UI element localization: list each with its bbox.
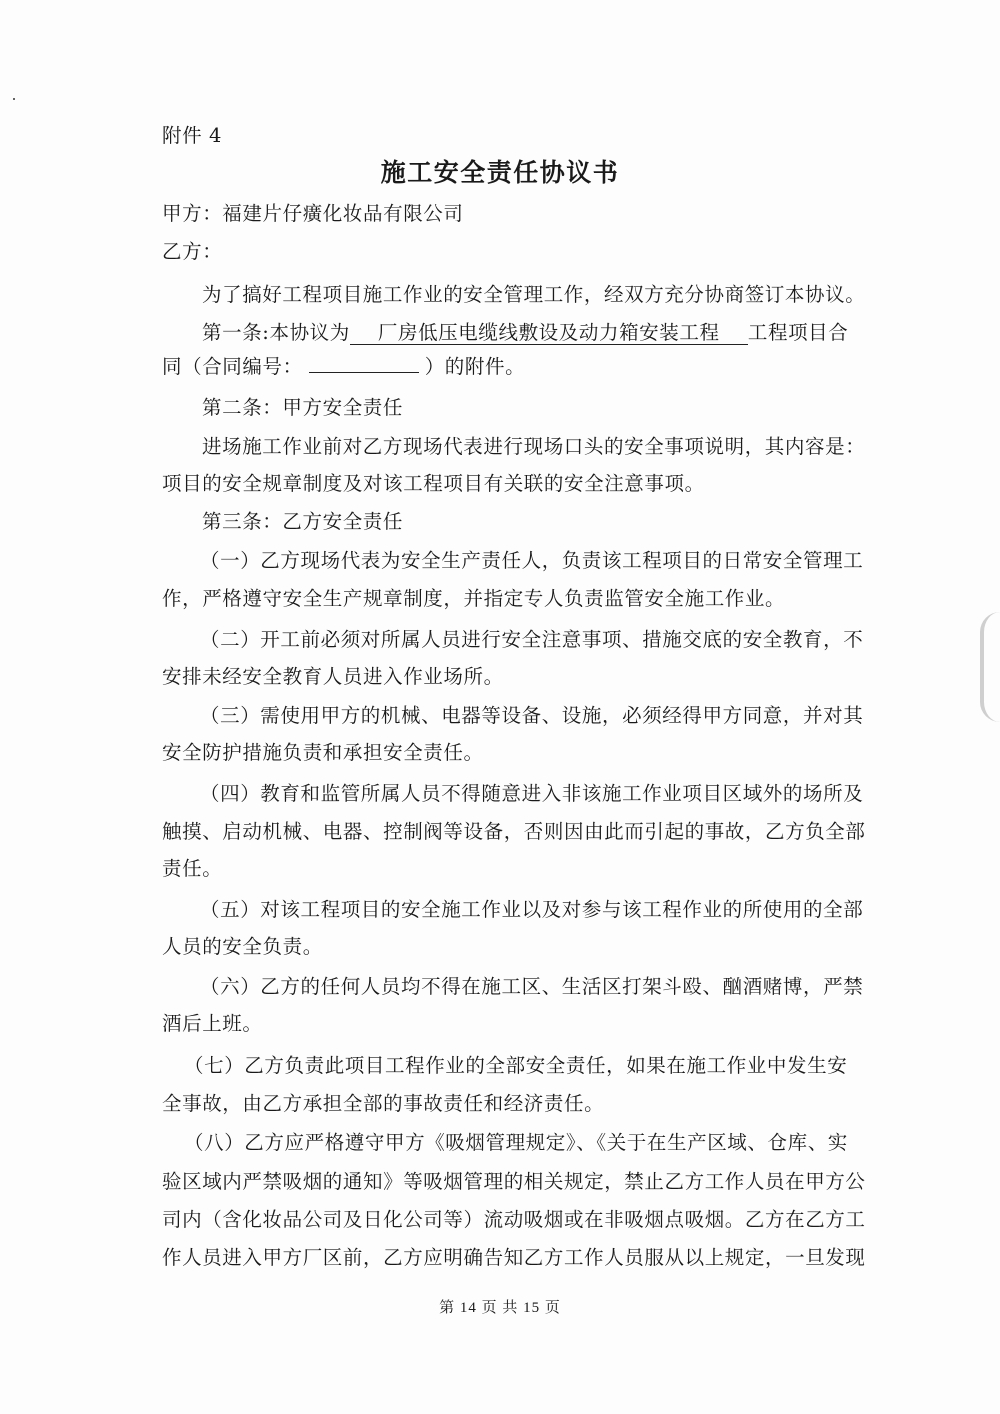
project-name-field: 厂房低压电缆线敷设及动力箱安装工程 — [350, 322, 748, 345]
contract-number-label: 同（合同编号： — [162, 355, 303, 378]
clause-6-line: 酒后上班。 — [162, 1012, 263, 1036]
clause-4-line: 触摸、启动机械、电器、控制阀等设备，否则因由此而引起的事故，乙方负全部 — [162, 820, 866, 844]
clause-1-line: （一）乙方现场代表为安全生产责任人，负责该工程项目的日常安全管理工 — [200, 549, 863, 573]
article-2-text-line: 进场施工作业前对乙方现场代表进行现场口头的安全事项说明，其内容是： — [202, 435, 865, 459]
preamble: 为了搞好工程项目施工作业的安全管理工作，经双方充分协商签订本协议。 — [202, 283, 865, 307]
clause-5-line: 人员的安全负责。 — [162, 935, 323, 959]
clause-1-line: 作，严格遵守安全生产规章制度，并指定专人负责监管安全施工作业。 — [162, 587, 785, 611]
article-3-heading: 第三条：乙方安全责任 — [202, 510, 403, 534]
document-page: 附件 4 施工安全责任协议书 甲方：福建片仔癀化妆品有限公司 乙方： 为了搞好工… — [0, 0, 1000, 1414]
clause-5-line: （五）对该工程项目的安全施工作业以及对参与该工程作业的所使用的全部 — [200, 898, 863, 922]
clause-7-line: 全事故，由乙方承担全部的事故责任和经济责任。 — [162, 1092, 604, 1116]
clause-8-line: 司内（含化妆品公司及日化公司等）流动吸烟或在非吸烟点吸烟。乙方在乙方工 — [162, 1208, 866, 1232]
clause-2-line: （二）开工前必须对所属人员进行安全注意事项、措施交底的安全教育，不 — [200, 628, 863, 652]
clause-7-line: （七）乙方负责此项目工程作业的全部安全责任，如果在施工作业中发生安 — [184, 1054, 847, 1078]
clause-6-line: （六）乙方的任何人员均不得在施工区、生活区打架斗殴、酗酒赌博，严禁 — [200, 975, 863, 999]
article-1-prefix: 第一条:本协议为 — [202, 321, 350, 344]
contract-number-field — [309, 354, 419, 373]
article-1-line-1: 第一条:本协议为厂房低压电缆线敷设及动力箱安装工程工程项目合 — [202, 321, 848, 345]
clause-3-line: （三）需使用甲方的机械、电器等设备、设施，必须经得甲方同意，并对其 — [200, 704, 863, 728]
page-number: 第 14 页 共 15 页 — [0, 1298, 1000, 1318]
party-b: 乙方： — [162, 240, 222, 264]
party-a: 甲方：福建片仔癀化妆品有限公司 — [162, 202, 464, 226]
clause-2-line: 安排未经安全教育人员进入作业场所。 — [162, 665, 504, 689]
clause-4-line: （四）教育和监管所属人员不得随意进入非该施工作业项目区域外的场所及 — [200, 782, 863, 806]
article-1-line-2: 同（合同编号：）的附件。 — [162, 354, 525, 379]
clause-8-line: 作人员进入甲方厂区前，乙方应明确告知乙方工作人员服从以上规定，一旦发现 — [162, 1246, 866, 1270]
article-2-heading: 第二条：甲方安全责任 — [202, 396, 403, 420]
partial-seal-stamp — [980, 612, 1000, 722]
clause-3-line: 安全防护措施负责和承担安全责任。 — [162, 741, 484, 765]
article-1-suffix: 工程项目合 — [748, 321, 849, 344]
scan-speck — [13, 98, 15, 100]
clause-8-line: （八）乙方应严格遵守甲方《吸烟管理规定》、《关于在生产区域、仓库、实 — [184, 1131, 848, 1155]
clause-8-line: 验区域内严禁吸烟的通知》等吸烟管理的相关规定，禁止乙方工作人员在甲方公 — [162, 1170, 866, 1194]
attachment-label: 附件 4 — [162, 124, 222, 148]
clause-4-line: 责任。 — [162, 857, 222, 881]
document-title: 施工安全责任协议书 — [0, 158, 1000, 188]
article-2-text-line: 项目的安全规章制度及对该工程项目有关联的安全注意事项。 — [162, 472, 705, 496]
article-1-line2-suffix: ）的附件。 — [425, 355, 526, 378]
